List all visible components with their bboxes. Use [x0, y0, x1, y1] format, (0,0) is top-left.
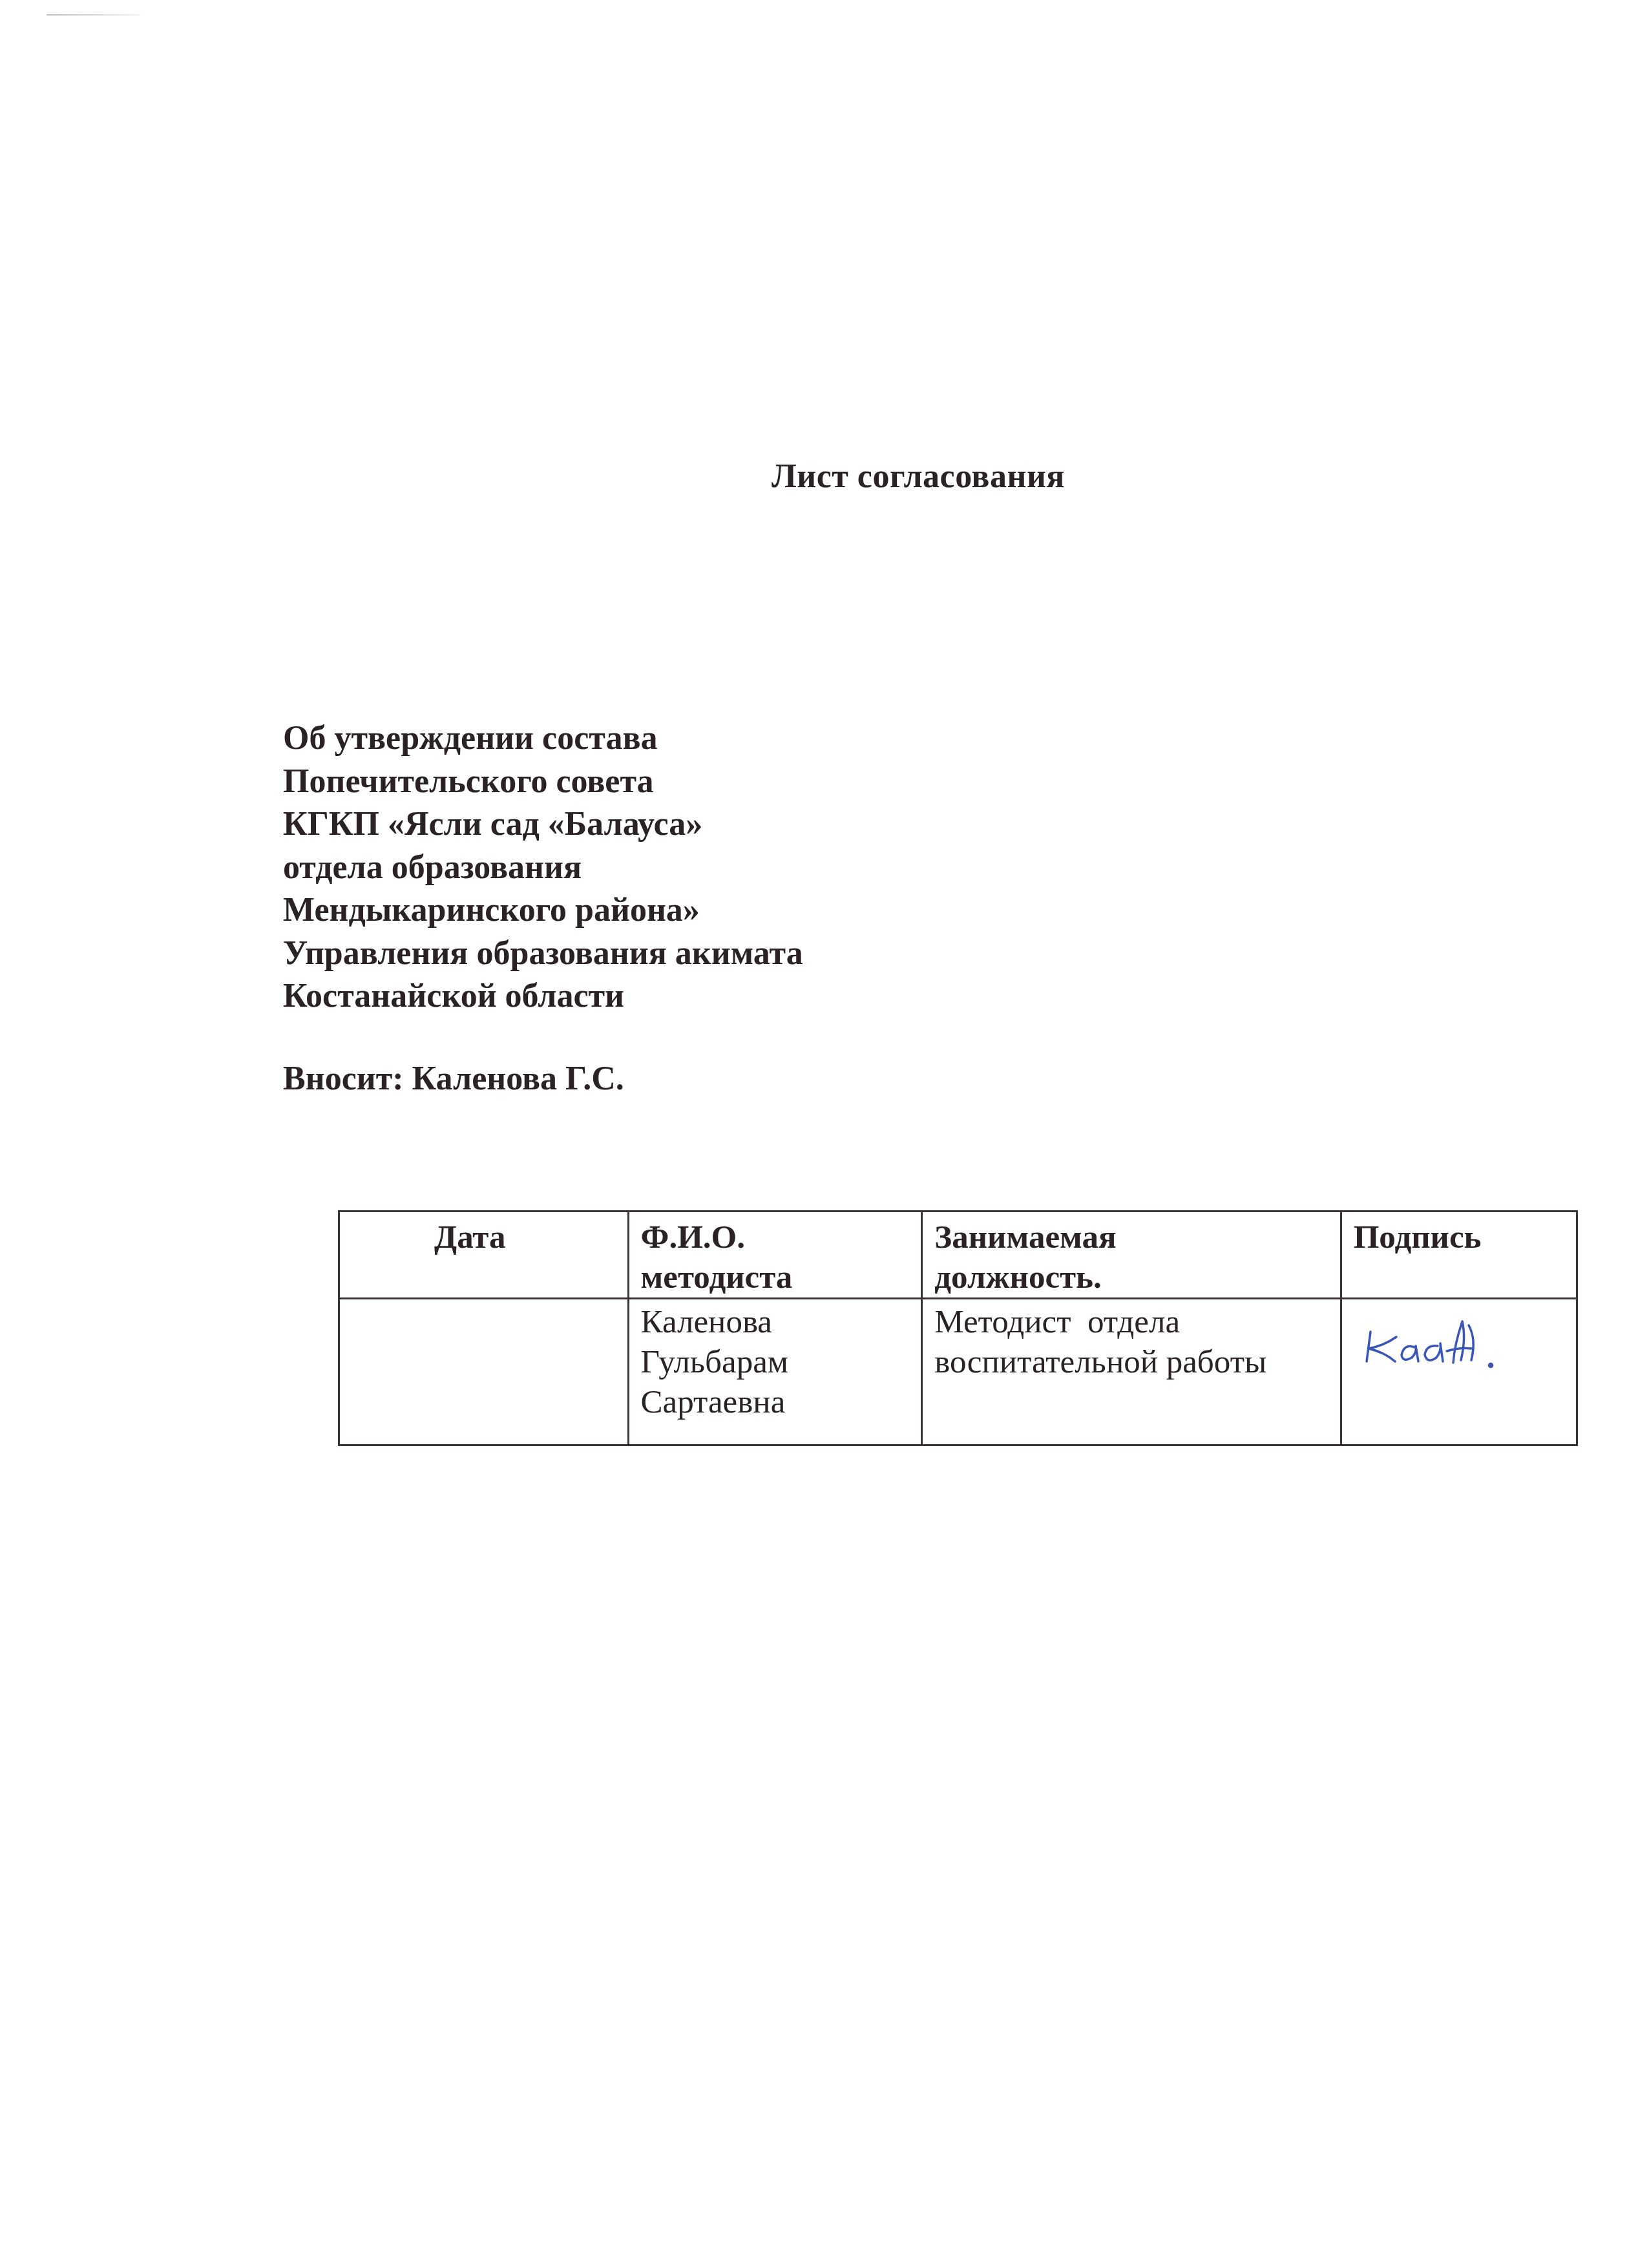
name-line: Сартаевна [641, 1382, 910, 1422]
position-line: воспитательной работы [934, 1342, 1328, 1382]
subject-line: Управления образования акимата [283, 932, 803, 976]
document-title: Лист согласования [0, 457, 1649, 496]
document-subject: Об утверждении состава Попечительского с… [283, 717, 803, 1018]
header-name-line: методиста [641, 1257, 910, 1297]
name-line: Каленова [641, 1302, 910, 1342]
subject-line: Об утверждении состава [283, 717, 803, 761]
header-date: Дата [339, 1212, 629, 1299]
table-row: Каленова Гульбарам Сартаевна Методист от… [339, 1299, 1577, 1445]
header-signature-label: Подпись [1354, 1219, 1482, 1255]
subject-line: Мендыкаринского района» [283, 889, 803, 932]
header-date-label: Дата [434, 1219, 505, 1255]
position-line: Методист отдела [934, 1302, 1328, 1342]
header-position: Занимаемая должность. [922, 1212, 1341, 1299]
subject-line: Костанайской области [283, 975, 803, 1018]
header-name: Ф.И.О. методиста [628, 1212, 922, 1299]
submitter-line: Вносит: Каленова Г.С. [283, 1060, 624, 1098]
cell-date [339, 1299, 629, 1445]
header-position-line: должность. [934, 1257, 1328, 1297]
subject-line: КГКП «Ясли сад «Балауса» [283, 803, 803, 846]
subject-line: отдела образования [283, 846, 803, 890]
subject-line: Попечительского совета [283, 761, 803, 804]
scan-artifact [47, 14, 140, 16]
approval-table: Дата Ф.И.О. методиста Занимаемая должнос… [338, 1210, 1578, 1446]
cell-name: Каленова Гульбарам Сартаевна [628, 1299, 922, 1445]
table-header-row: Дата Ф.И.О. методиста Занимаемая должнос… [339, 1212, 1577, 1299]
header-name-line: Ф.И.О. [641, 1217, 910, 1257]
handwritten-signature-icon [1358, 1306, 1551, 1377]
cell-position: Методист отдела воспитательной работы [922, 1299, 1341, 1445]
header-position-line: Занимаемая [934, 1217, 1328, 1257]
cell-signature [1341, 1299, 1577, 1445]
header-signature: Подпись [1341, 1212, 1577, 1299]
name-line: Гульбарам [641, 1342, 910, 1382]
